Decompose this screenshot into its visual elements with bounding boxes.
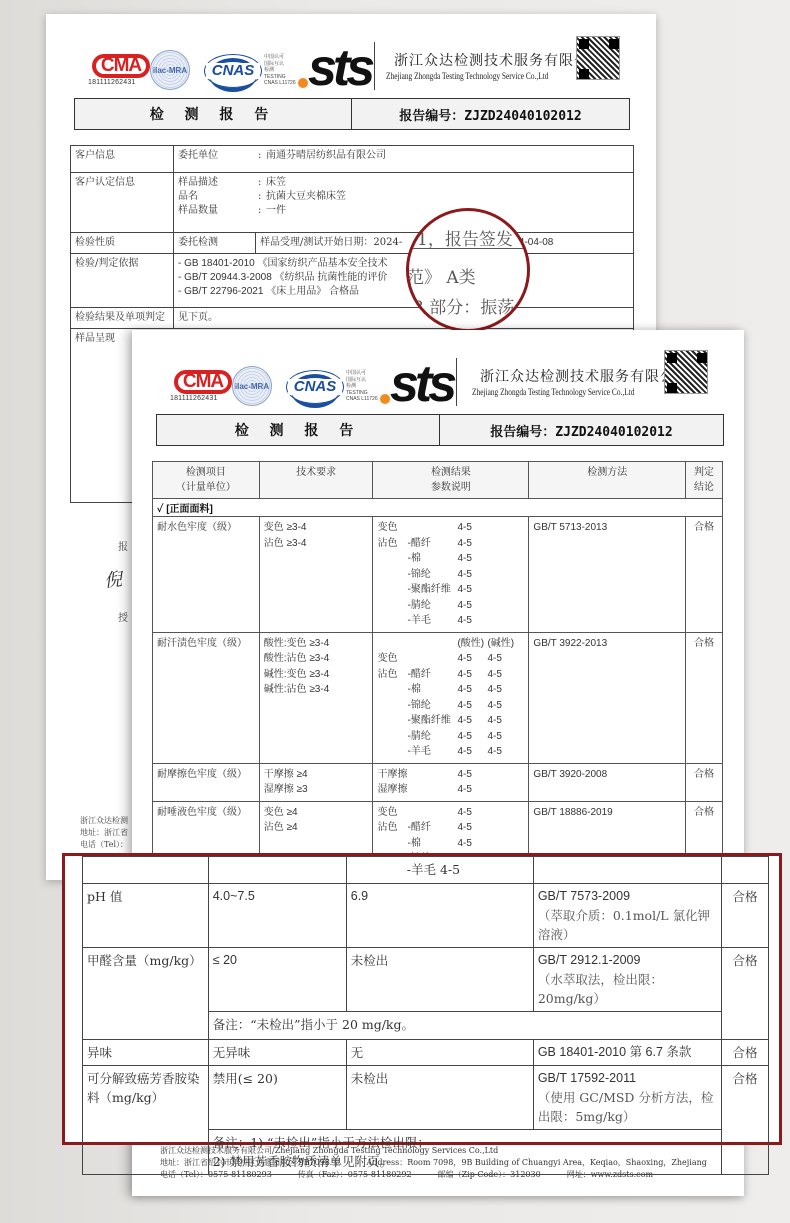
sts-logo: sts	[308, 42, 371, 94]
highlighted-results-table: -羊毛 4-5 pH 值 4.0~7.5 6.9 GB/T 7573-2009（…	[82, 856, 769, 1175]
test-requirement: 酸性:变色 ≥3-4酸性:沾色 ≥3-4碱性:变色 ≥3-4碱性:沾色 ≥3-4	[259, 632, 373, 763]
test-method: GB/T 5713-2013	[529, 517, 686, 633]
table-row: pH 值 4.0~7.5 6.9 GB/T 7573-2009（萃取介质：0.1…	[83, 884, 769, 948]
sts-dot-icon	[298, 78, 308, 88]
test-verdict: 合格	[686, 763, 723, 801]
report-header: CMA 181111262431 ilac-MRA CNAS 中国认可国际互认检…	[46, 14, 656, 98]
company-name-cn: 浙江众达检测技术服务有限公司	[394, 50, 604, 70]
test-requirement: 干摩擦 ≥4湿摩擦 ≥3	[259, 763, 373, 801]
report-header: CMA 181111262431 ilac-MRA CNAS 中国认可国际互认检…	[132, 330, 744, 414]
qr-code	[576, 36, 620, 80]
client-name: 南通芬晴居纺织品有限公司	[266, 149, 629, 163]
company-name-en: Zhejiang Zhongda Testing Technology Serv…	[386, 71, 548, 81]
test-verdict: 合格	[686, 517, 723, 633]
report-number: 报告编号：ZJZD24040102012	[440, 415, 723, 445]
test-result: 干摩擦4-5湿摩擦4-5	[373, 763, 529, 801]
table-row: 耐汗渍色牢度（级）酸性:变色 ≥3-4酸性:沾色 ≥3-4碱性:变色 ≥3-4碱…	[153, 632, 723, 763]
test-method: GB/T 3920-2008	[529, 763, 686, 801]
cnas-logo: CNAS	[286, 370, 344, 404]
test-result: (酸性)(碱性)变色4-54-5沾色-醋纤4-54-5-棉4-54-5-锦纶4-…	[373, 632, 529, 763]
cnas-side-text: 中国认可国际互认检测TESTINGCNAS L11726	[346, 370, 380, 403]
table-row: 耐摩擦色牢度（级）干摩擦 ≥4湿摩擦 ≥3干摩擦4-5湿摩擦4-5GB/T 39…	[153, 763, 723, 801]
table-row: 可分解致癌芳香胺染料（mg/kg） 禁用(≤ 20) 未检出 GB/T 1759…	[83, 1066, 769, 1130]
test-item: 耐水色牢度（级）	[153, 517, 260, 633]
company-name-cn: 浙江众达检测技术服务有限公司	[480, 366, 690, 386]
report-title: 检 测 报 告	[75, 99, 352, 129]
report-title-bar: 检 测 报 告 报告编号：ZJZD24040102012	[156, 414, 724, 446]
sts-dot-icon	[380, 394, 390, 404]
test-result: 变色4-5沾色-醋纤4-5-棉4-5-锦纶4-5-聚酯纤维4-5-腈纶4-5-羊…	[373, 517, 529, 633]
report-title-bar: 检 测 报 告 报告编号：ZJZD24040102012	[74, 98, 630, 130]
section-front-fabric: ✓ [正面面料]	[153, 499, 723, 517]
ilac-mra-logo: ilac-MRA	[232, 366, 272, 406]
test-results-table: 检测项目（计量单位） 技术要求 检测结果参数说明 检测方法 判定结论 ✓ [正面…	[152, 461, 723, 871]
sts-logo: sts	[390, 358, 453, 410]
company-name-en: Zhejiang Zhongda Testing Technology Serv…	[472, 387, 634, 397]
test-requirement: 变色 ≥3-4沾色 ≥3-4	[259, 517, 373, 633]
qr-code	[664, 350, 708, 394]
table-row: 异味 无异味 无 GB 18401-2010 第 6.7 条款 合格	[83, 1040, 769, 1066]
report-number: 报告编号：ZJZD24040102012	[352, 99, 629, 129]
test-verdict: 合格	[686, 632, 723, 763]
cma-number: 181111262431	[88, 79, 136, 86]
table-row: 耐水色牢度（级）变色 ≥3-4沾色 ≥3-4变色4-5沾色-醋纤4-5-棉4-5…	[153, 517, 723, 633]
test-item: 耐摩擦色牢度（级）	[153, 763, 260, 801]
test-item: 耐汗渍色牢度（级）	[153, 632, 260, 763]
cnas-logo: CNAS	[204, 54, 262, 88]
test-method: GB/T 3922-2013	[529, 632, 686, 763]
magnifier-callout: 1，报告签发 范》 A类 3 部分：振荡	[406, 208, 530, 332]
ilac-mra-logo: ilac-MRA	[150, 50, 190, 90]
cma-logo: CMA 181111262431	[88, 52, 154, 86]
report-title: 检 测 报 告	[157, 415, 440, 445]
cma-logo: CMA 181111262431	[170, 368, 236, 402]
table-row: 甲醛含量（mg/kg） ≤ 20 未检出 GB/T 2912.1-2009（水萃…	[83, 948, 769, 1012]
page1-footer: 浙江众达检测地址：浙江省电话（Tel）：	[80, 815, 128, 851]
highlighted-results-callout: -羊毛 4-5 pH 值 4.0~7.5 6.9 GB/T 7573-2009（…	[62, 853, 782, 1145]
signature: 倪	[103, 565, 124, 593]
cnas-side-text: 中国认可国际互认检测TESTINGCNAS L11726	[264, 54, 298, 87]
